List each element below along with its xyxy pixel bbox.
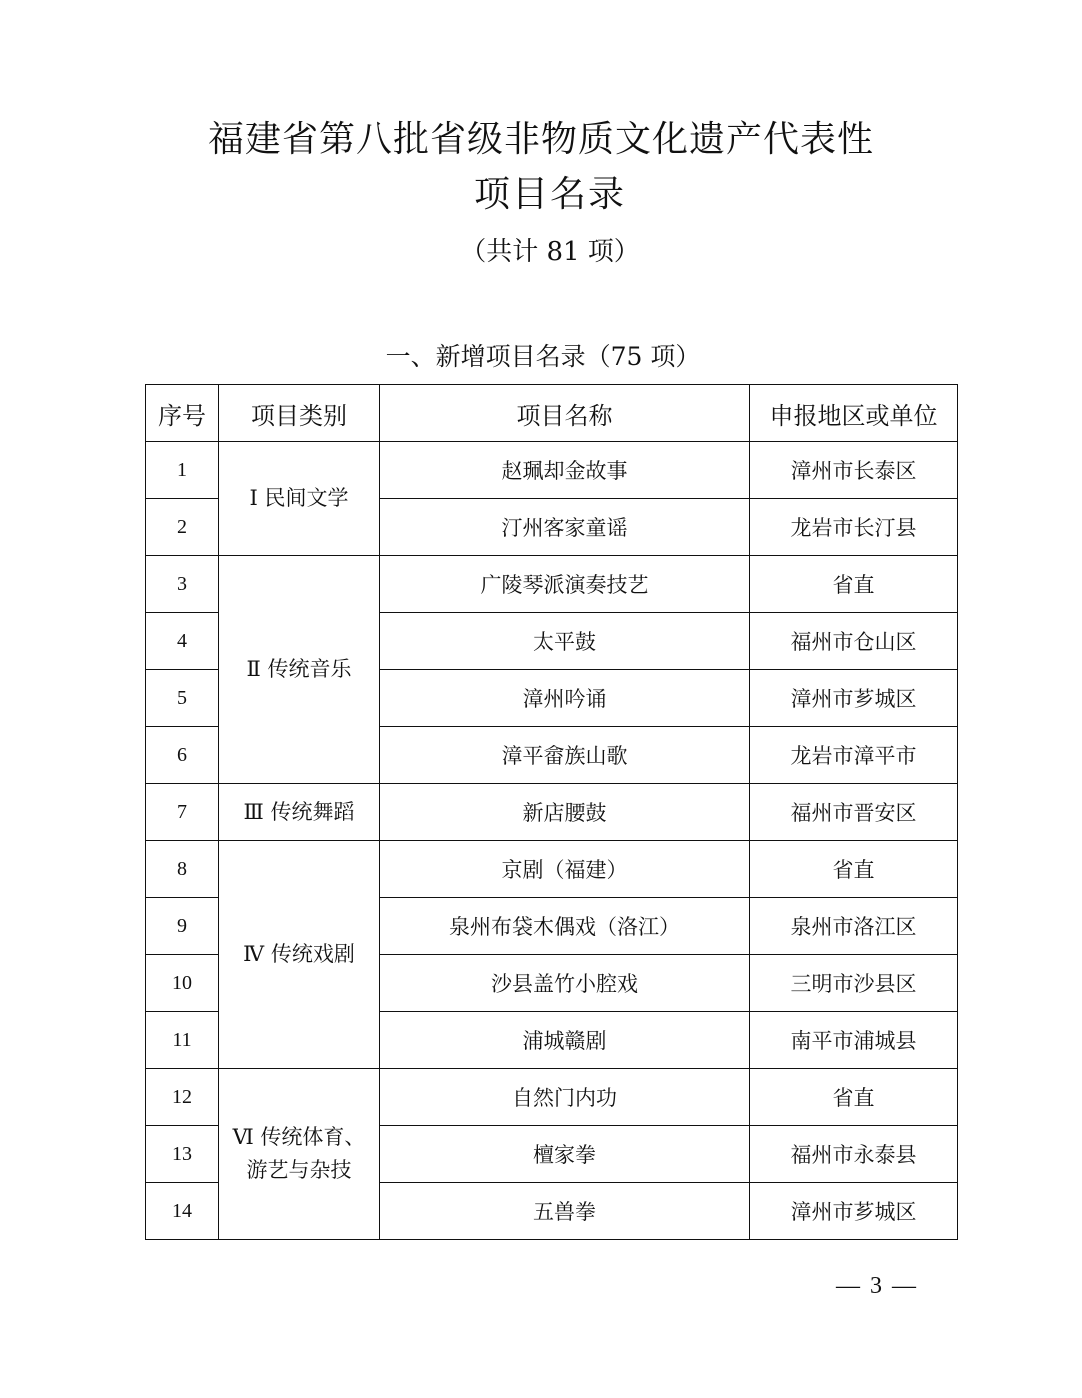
region: 福州市永泰县 [750,1126,958,1183]
row-number: 1 [146,442,219,499]
category-line-2: 游艺与杂技 [219,1154,379,1187]
region: 漳州市芗城区 [750,1183,958,1240]
row-number: 10 [146,955,219,1012]
row-number: 14 [146,1183,219,1240]
region: 泉州市洛江区 [750,898,958,955]
header-serial: 序号 [146,385,219,442]
project-name: 赵珮却金故事 [380,442,750,499]
row-number: 12 [146,1069,219,1126]
row-number: 9 [146,898,219,955]
page-number: — 3 — [836,1268,918,1304]
table-row: 12 Ⅵ 传统体育、 游艺与杂技 自然门内功 省直 [146,1069,958,1126]
project-name: 泉州布袋木偶戏（洛江） [380,898,750,955]
heritage-list-table: 序号 项目类别 项目名称 申报地区或单位 1 Ⅰ 民间文学 赵珮却金故事 漳州市… [145,384,958,1240]
project-name: 广陵琴派演奏技艺 [380,556,750,613]
region: 漳州市芗城区 [750,670,958,727]
row-number: 11 [146,1012,219,1069]
document-subtitle: 项目名录 [0,170,1082,220]
table-row: 8 Ⅳ 传统戏剧 京剧（福建） 省直 [146,841,958,898]
region: 福州市仓山区 [750,613,958,670]
project-name: 沙县盖竹小腔戏 [380,955,750,1012]
row-number: 6 [146,727,219,784]
row-number: 4 [146,613,219,670]
header-region: 申报地区或单位 [750,385,958,442]
region: 南平市浦城县 [750,1012,958,1069]
row-number: 7 [146,784,219,841]
project-name: 新店腰鼓 [380,784,750,841]
region: 龙岩市漳平市 [750,727,958,784]
row-number: 5 [146,670,219,727]
category-cell: Ⅲ 传统舞蹈 [219,784,380,841]
project-name: 浦城赣剧 [380,1012,750,1069]
region: 三明市沙县区 [750,955,958,1012]
row-number: 3 [146,556,219,613]
project-name: 漳州吟诵 [380,670,750,727]
category-cell: Ⅳ 传统戏剧 [219,841,380,1069]
region: 省直 [750,556,958,613]
region: 省直 [750,1069,958,1126]
region: 漳州市长泰区 [750,442,958,499]
row-number: 13 [146,1126,219,1183]
region: 龙岩市长汀县 [750,499,958,556]
project-name: 檀家拳 [380,1126,750,1183]
project-name: 漳平畲族山歌 [380,727,750,784]
category-cell: Ⅵ 传统体育、 游艺与杂技 [219,1069,380,1240]
region: 福州市晋安区 [750,784,958,841]
project-name: 自然门内功 [380,1069,750,1126]
project-name: 五兽拳 [380,1183,750,1240]
table-row: 7 Ⅲ 传统舞蹈 新店腰鼓 福州市晋安区 [146,784,958,841]
category-line-1: Ⅵ 传统体育、 [219,1121,379,1154]
region: 省直 [750,841,958,898]
document-title: 福建省第八批省级非物质文化遗产代表性 [0,112,1082,168]
project-name: 太平鼓 [380,613,750,670]
total-count: （共计 81 项） [0,232,1082,272]
table-row: 1 Ⅰ 民间文学 赵珮却金故事 漳州市长泰区 [146,442,958,499]
section-heading: 一、新增项目名录（75 项） [0,337,1082,377]
table-row: 3 Ⅱ 传统音乐 广陵琴派演奏技艺 省直 [146,556,958,613]
project-name: 汀州客家童谣 [380,499,750,556]
category-cell: Ⅱ 传统音乐 [219,556,380,784]
header-project-name: 项目名称 [380,385,750,442]
header-category: 项目类别 [219,385,380,442]
category-cell: Ⅰ 民间文学 [219,442,380,556]
project-name: 京剧（福建） [380,841,750,898]
row-number: 2 [146,499,219,556]
table-header-row: 序号 项目类别 项目名称 申报地区或单位 [146,385,958,442]
row-number: 8 [146,841,219,898]
